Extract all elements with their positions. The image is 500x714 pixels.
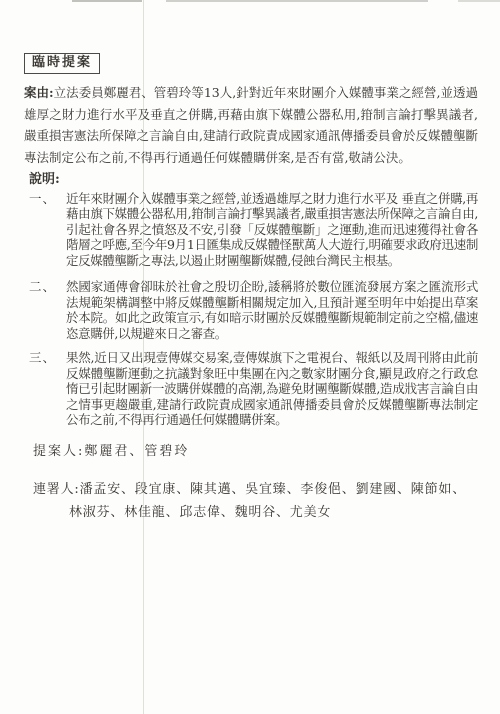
explanation-item-2: 二、 然國家通傳會卻昧於社會之殷切企盼,諉稱將於數位匯流發展方案之匯流形式法規範… [29, 279, 478, 341]
item-3-marker: 三、 [29, 350, 66, 428]
cosigner-names-line2: 林淑芬、林佳龍、邱志偉、魏明谷、尤美女 [33, 501, 478, 524]
explanation-label: 說明: [29, 172, 478, 187]
case-label: 案由: [24, 85, 54, 100]
item-1-marker: 一、 [29, 191, 66, 269]
cosigner-names-line1: 潘孟安、段宜康、陳其邁、吳宜臻、李俊俋、劉建國、陳節如、 [80, 482, 466, 497]
item-1-text: 近年來財團介入媒體事業之經營,並透過雄厚之財力進行水平及 垂直之併購,再藉由旗下… [66, 191, 478, 269]
item-2-marker: 二、 [29, 279, 66, 341]
proposer-label: 提案人: [33, 444, 84, 459]
item-3-text: 果然,近日又出現壹傳媒交易案,壹傳媒旗下之電視台、報紙以及周刊將由此前反媒體壟斷… [66, 350, 478, 428]
case-paragraph: 案由:立法委員鄭麗君、管碧玲等13人,針對近年來財團介入媒體事業之經營,並透過雄… [24, 82, 478, 169]
proposer-names: 鄭麗君、管碧玲 [84, 444, 189, 459]
case-text: 立法委員鄭麗君、管碧玲等13人,針對近年來財團介入媒體事業之經營,並透過雄厚之財… [24, 85, 478, 165]
cosigner-label: 連署人: [33, 482, 80, 497]
proposal-title-label: 臨時提案 [32, 55, 92, 70]
proposer-line: 提案人:鄭麗君、管碧玲 [33, 444, 478, 459]
proposal-title-box: 臨時提案 [24, 53, 100, 74]
explanation-item-3: 三、 果然,近日又出現壹傳媒交易案,壹傳媒旗下之電視台、報紙以及周刊將由此前反媒… [29, 350, 478, 428]
cosigner-line-1: 連署人:潘孟安、段宜康、陳其邁、吳宜臻、李俊俋、劉建國、陳節如、 [33, 478, 478, 501]
explanation-item-1: 一、 近年來財團介入媒體事業之經營,並透過雄厚之財力進行水平及 垂直之併購,再藉… [29, 191, 478, 269]
cosigner-block: 連署人:潘孟安、段宜康、陳其邁、吳宜臻、李俊俋、劉建國、陳節如、 林淑芬、林佳龍… [33, 478, 478, 524]
document-page: 臨時提案 案由:立法委員鄭麗君、管碧玲等13人,針對近年來財團介入媒體事業之經營… [0, 0, 500, 714]
document-content: 臨時提案 案由:立法委員鄭麗君、管碧玲等13人,針對近年來財團介入媒體事業之經營… [24, 0, 478, 524]
item-2-text: 然國家通傳會卻昧於社會之殷切企盼,諉稱將於數位匯流發展方案之匯流形式法規範架構調… [66, 279, 478, 341]
